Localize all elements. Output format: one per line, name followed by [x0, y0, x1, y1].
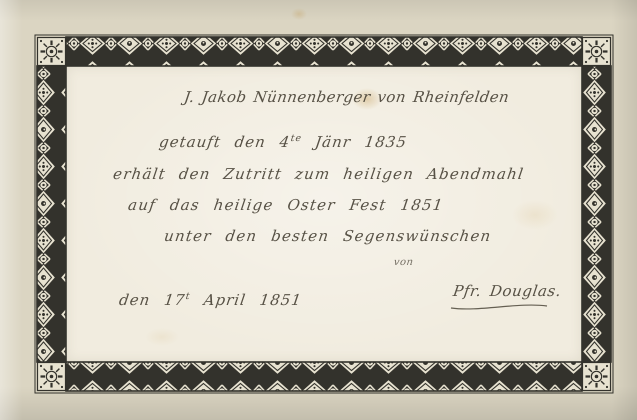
issue-date-rest: April 1851 [189, 291, 303, 309]
baptism-date-text: getauft den 4 [158, 133, 291, 151]
baptism-date-rest: Jänr 1835 [300, 133, 408, 151]
von-word: von [393, 257, 414, 268]
recipient-name-line: J. Jakob Nünnenberger von Rheinfelden [183, 88, 510, 106]
signature-flourish [449, 301, 549, 311]
communion-admission-line: erhält den Zutritt zum heiligen Abendmah… [112, 165, 525, 183]
baptism-date-line: getauft den 4te Jänr 1835 [158, 133, 408, 151]
pastor-signature: Pfr. Douglas. [452, 282, 563, 300]
issue-date-line: den 17t April 1851 [118, 291, 303, 309]
certificate-photo: J. Jakob Nünnenberger von Rheinfelden ge… [0, 0, 637, 420]
easter-feast-line: auf das heilige Oster Fest 1851 [127, 196, 445, 214]
blessing-line: unter den besten Segenswünschen [163, 227, 493, 245]
issue-date-text: den 17 [118, 291, 187, 309]
